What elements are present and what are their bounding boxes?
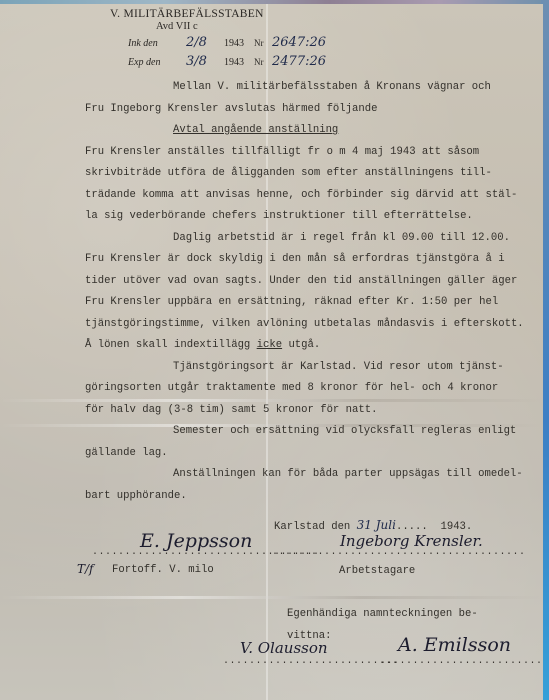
letterhead-stamp: V. MILITÄRBEFÄLSSTABEN Avd VII c Ink den… <box>110 8 326 70</box>
paragraph-line: Å lönen skall indextillägg icke utgå. <box>85 335 545 357</box>
intro-line: Fru Ingeborg Krensler avslutas härmed fö… <box>85 99 545 121</box>
paragraph-line: bart upphörande. <box>85 486 545 508</box>
exp-year: 1943 <box>224 57 254 68</box>
exp-label: Exp den <box>128 57 186 68</box>
paragraph-line: Tjänstgöringsort är Karlstad. Vid resor … <box>85 357 545 379</box>
exp-number: 2477:26 <box>272 54 326 69</box>
signature-line-witness-2: ......................... <box>380 656 543 667</box>
employer-signature: E. Jeppsson <box>140 530 252 552</box>
contract-body: Mellan V. militärbefälsstaben å Kronans … <box>85 77 545 507</box>
document-paper: V. MILITÄRBEFÄLSSTABEN Avd VII c Ink den… <box>0 4 543 700</box>
paragraph-line: Anställningen kan för båda parter uppsäg… <box>85 464 545 486</box>
paragraph-line: för halv dag (3-8 tim) samt 5 kronor för… <box>85 400 545 422</box>
exp-date: 3/8 <box>186 54 224 69</box>
intro-line: Mellan V. militärbefälsstaben å Kronans … <box>85 77 545 99</box>
exp-nr-label: Nr <box>254 57 272 67</box>
ink-nr-label: Nr <box>254 38 272 48</box>
paragraph-line: Semester och ersättning vid olycksfall r… <box>85 421 545 443</box>
employer-initials: T/f <box>77 562 94 576</box>
witness-1-signature: V. Olausson <box>240 639 328 657</box>
handwritten-date: 31 Juli <box>357 518 396 532</box>
paragraph-line: Fru Krensler uppbära en ersättning, räkn… <box>85 292 545 314</box>
ink-label: Ink den <box>128 38 186 49</box>
employer-title: Fortoff. V. milo <box>112 564 214 576</box>
paragraph-line: tjänstgöringstimme, vilken avlöning utbe… <box>85 314 545 336</box>
ink-number: 2647:26 <box>272 35 326 50</box>
ink-date: 2/8 <box>186 35 224 50</box>
witness-2-signature: A. Emilsson <box>398 634 511 656</box>
paragraph-line: skrivbiträde utföra de åligganden som ef… <box>85 163 545 185</box>
employee-signature: Ingeborg Krensler. <box>340 532 483 550</box>
paragraph-line: tider utöver vad ovan sagts. Under den t… <box>85 271 545 293</box>
signature-line-witness-1: ........................... <box>223 656 399 667</box>
paragraph-line: Daglig arbetstid är i regel från kl 09.0… <box>85 228 545 250</box>
org-name: V. MILITÄRBEFÄLSSTABEN <box>110 8 326 20</box>
paragraph-line: gällande lag. <box>85 443 545 465</box>
paragraph-line: la sig vederbörande chefers instruktione… <box>85 206 545 228</box>
paragraph-line: trädande komma att anvisas henne, och fö… <box>85 185 545 207</box>
place-date: Karlstad den 31 Juli..... 1943. <box>274 518 472 533</box>
employee-title: Arbetstagare <box>339 565 415 577</box>
crease <box>0 596 543 599</box>
ink-year: 1943 <box>224 38 254 49</box>
emphasis-icke: icke <box>257 339 282 351</box>
paragraph-line: Fru Krensler anställes tillfälligt fr o … <box>85 142 545 164</box>
witness-text: Egenhändiga namnteckningen be- <box>287 608 478 620</box>
paragraph-line: göringsorten utgår traktamente med 8 kro… <box>85 378 545 400</box>
contract-heading: Avtal angående anställning <box>85 120 545 142</box>
incoming-row: Ink den 2/8 1943 Nr 2647:26 <box>128 35 326 51</box>
paragraph-line: Fru Krensler är dock skyldig i den mån s… <box>85 249 545 271</box>
department: Avd VII c <box>156 21 326 32</box>
expedited-row: Exp den 3/8 1943 Nr 2477:26 <box>128 54 326 70</box>
